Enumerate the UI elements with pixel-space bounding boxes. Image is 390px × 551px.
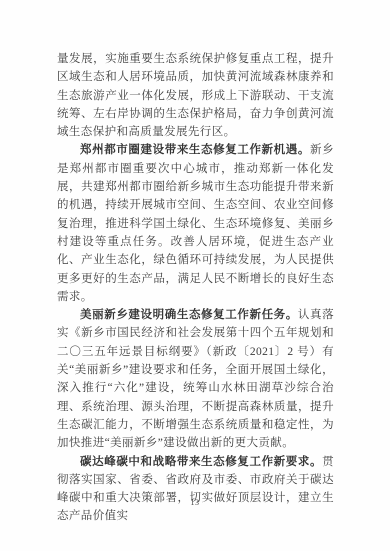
paragraph-text: 新乡是郑州都市圈重要次中心城市，推动郑新一体化发展，共建郑州都市圈给新乡城市生态…	[57, 144, 334, 302]
paragraph-carbon-strategy: 碳达峰碳中和战略带来生态修复工作新要求。贯彻落实国家、省委、省政府及市委、市政府…	[57, 453, 334, 526]
document-body: 量发展，实施重要生态系统保护修复重点工程，提升区域生态和人居环境品质，加快黄河流…	[57, 50, 334, 526]
document-page: 量发展，实施重要生态系统保护修复重点工程，提升区域生态和人居环境品质，加快黄河流…	[0, 0, 390, 551]
paragraph-beautiful-xinxiang: 美丽新乡建设明确生态修复工作新任务。认真落实《新乡市国民经济和社会发展第十四个五…	[57, 306, 334, 452]
paragraph-continuation: 量发展，实施重要生态系统保护修复重点工程，提升区域生态和人居环境品质，加快黄河流…	[57, 50, 334, 141]
paragraph-text: 认真落实《新乡市国民经济和社会发展第十四个五年规划和二〇三五年远景目标纲要》（新…	[57, 309, 334, 449]
paragraph-lead: 郑州都市圈建设带来生态修复工作新机遇。	[80, 144, 310, 156]
paragraph-lead: 美丽新乡建设明确生态修复工作新任务。	[80, 309, 298, 321]
page-number: 13	[0, 498, 390, 507]
paragraph-text: 量发展，实施重要生态系统保护修复重点工程，提升区域生态和人居环境品质，加快黄河流…	[57, 53, 334, 138]
paragraph-lead: 碳达峰碳中和战略带来生态修复工作新要求。	[80, 456, 322, 468]
paragraph-zhengzhou-metro: 郑州都市圈建设带来生态修复工作新机遇。新乡是郑州都市圈重要次中心城市，推动郑新一…	[57, 141, 334, 306]
